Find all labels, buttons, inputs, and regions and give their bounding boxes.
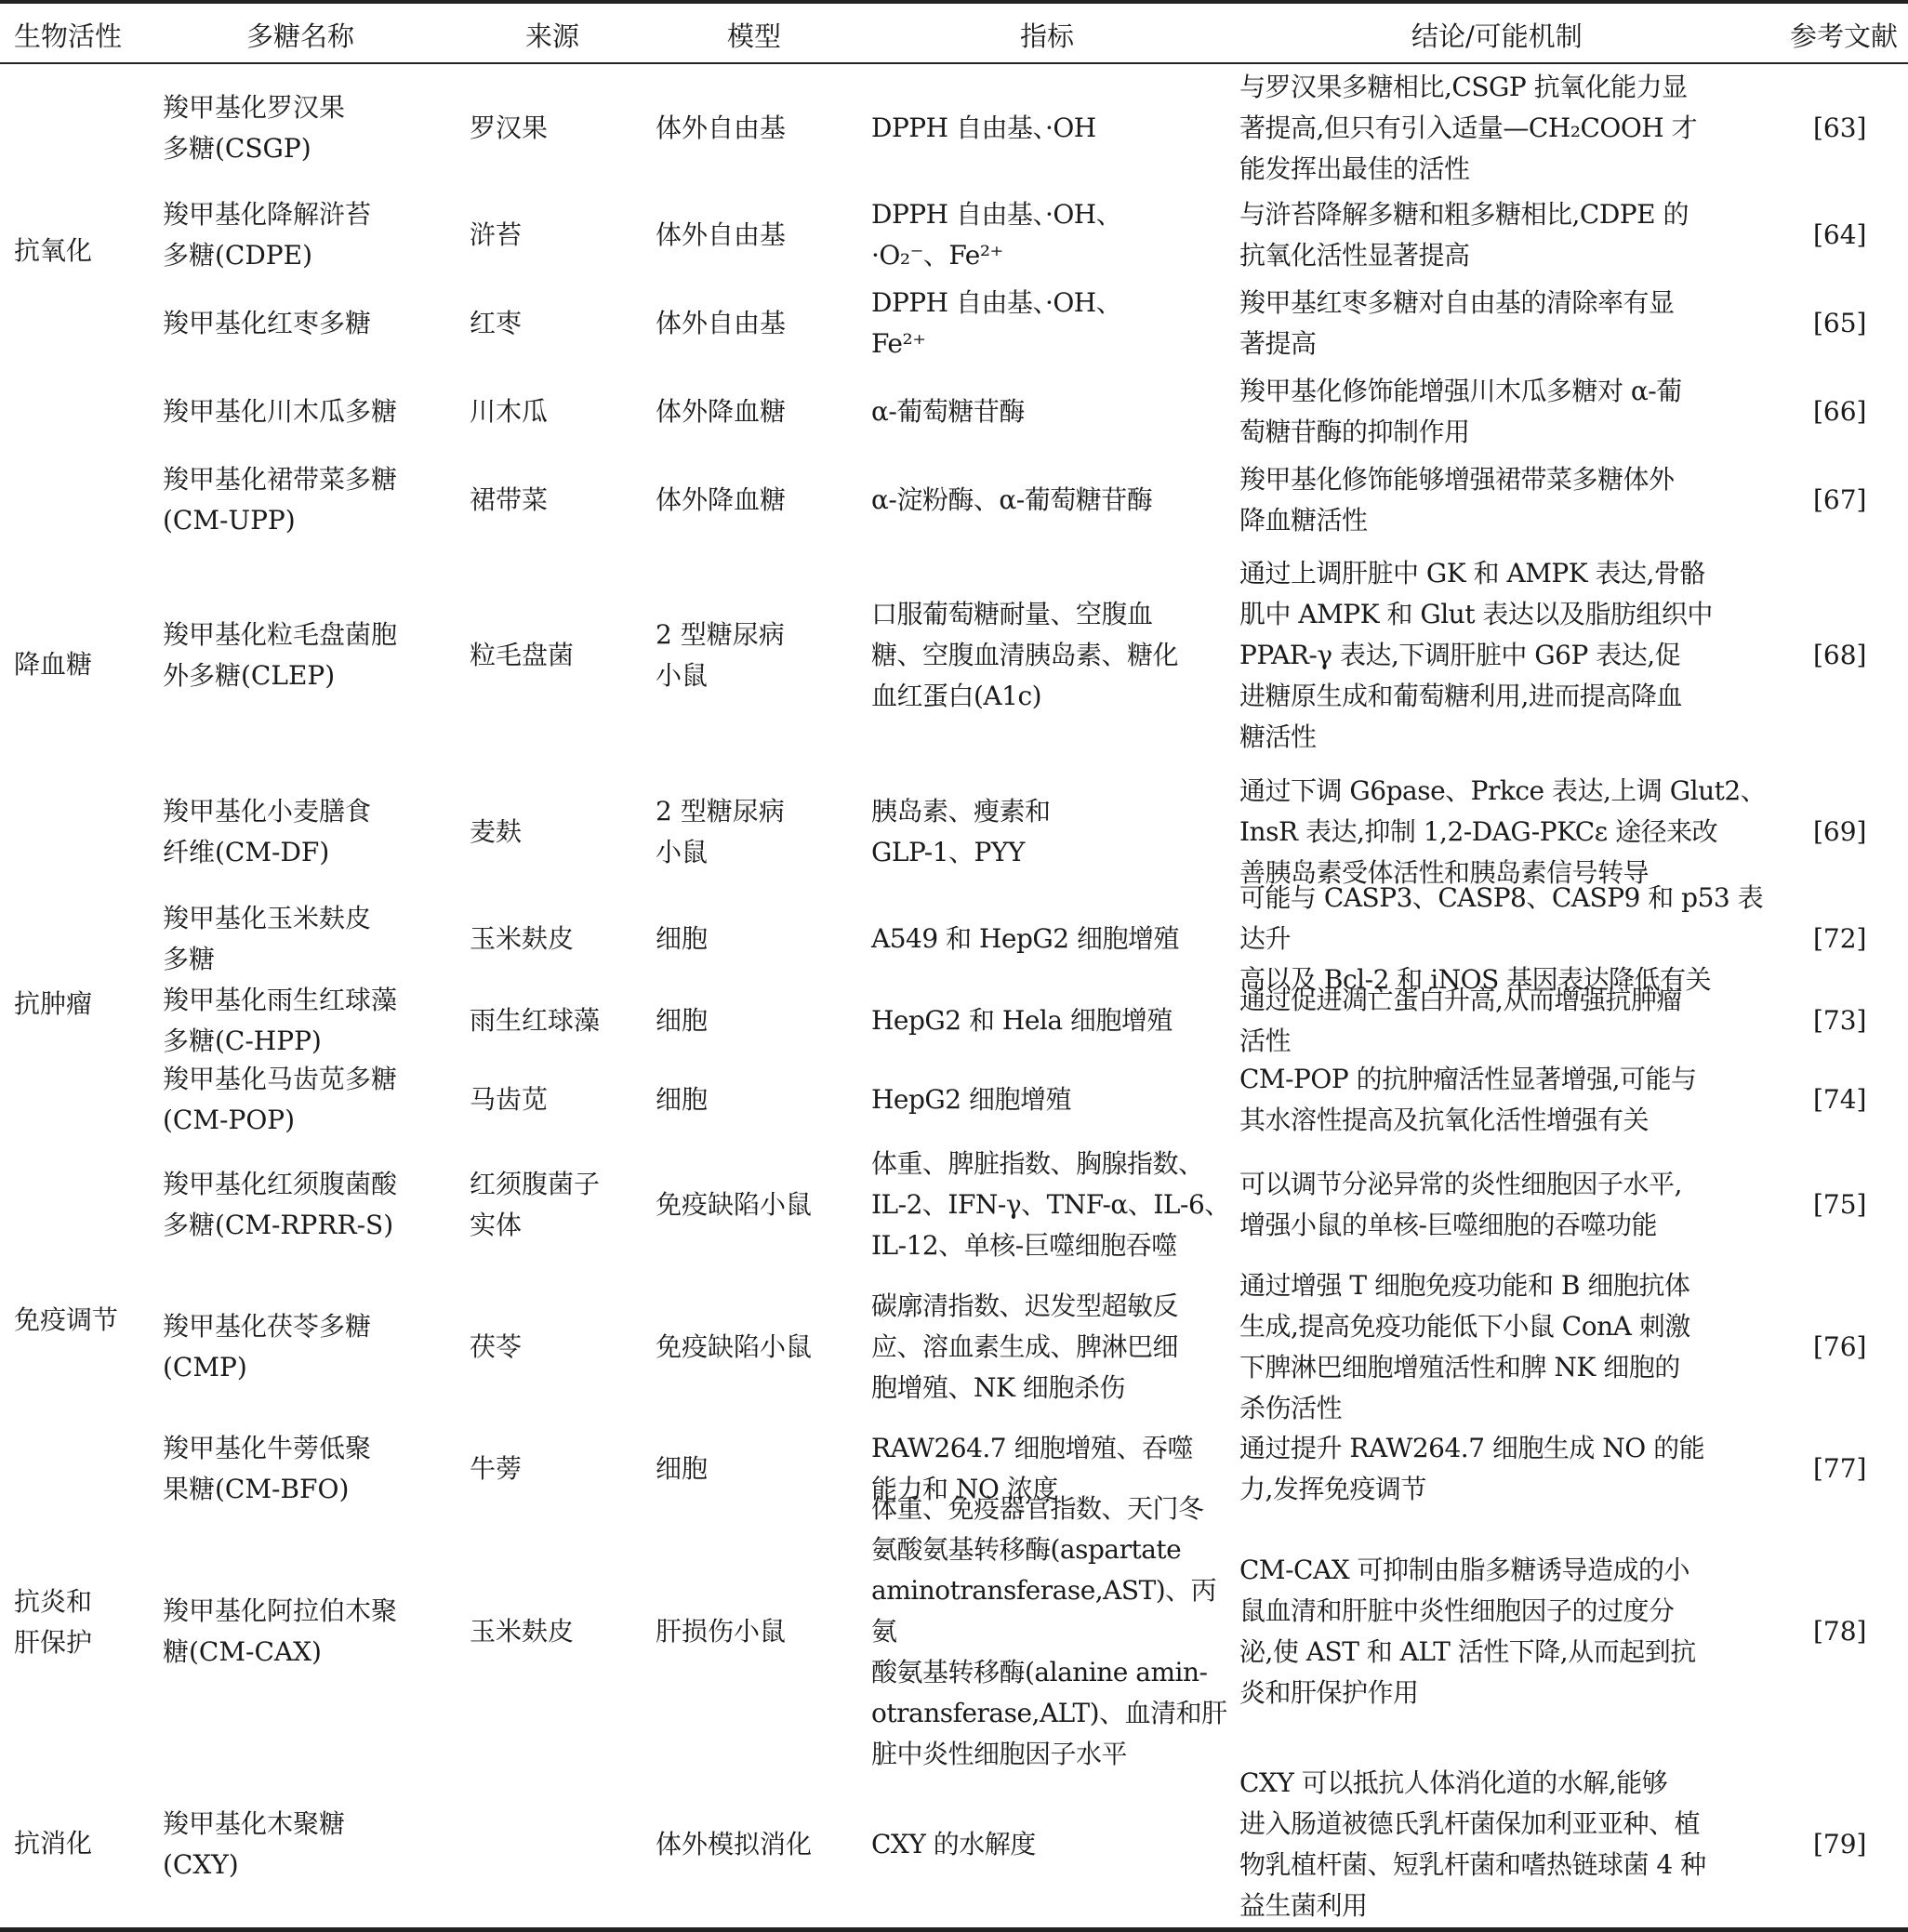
source-cell: 玉米麸皮: [470, 897, 646, 981]
indicator-cell: 口服葡萄糖耐量、空腹血 糖、空腹血清胰岛素、糖化 血红蛋白(A1c): [871, 549, 1234, 762]
polysaccharide-name-cell: 羧甲基化红枣多糖: [163, 279, 460, 367]
model-cell-text: 体外降血糖: [656, 391, 786, 432]
model-cell-text: 细胞: [656, 1449, 708, 1489]
model-cell-text: 2 型糖尿病 小鼠: [656, 791, 785, 873]
reference-cell-text: [77]: [1813, 1449, 1866, 1489]
conclusion-cell: CXY 可以抵抗人体消化道的水解,能够 进入肠道被德氏乳杆菌保加利亚亚种、植 物…: [1239, 1762, 1783, 1927]
conclusion-cell-text: CM-CAX 可抑制由脂多糖诱导造成的小 鼠血清和肝脏中炎性细胞因子的过度分 泌…: [1239, 1550, 1696, 1714]
reference-cell: [75]: [1813, 1142, 1888, 1267]
polysaccharide-name-cell-text: 羧甲基化罗汉果 多糖(CSGP): [163, 87, 345, 169]
polysaccharide-name-cell-text: 羧甲基化雨生红球藻 多糖(C-HPP): [163, 980, 397, 1062]
source-cell-text: 粒毛盘菌: [470, 635, 574, 676]
polysaccharide-name-cell: 羧甲基化木聚糖 (CXY): [163, 1762, 460, 1927]
indicator-cell-text: 体重、免疫器官指数、天门冬 氨酸氨基转移酶(aspartate aminotra…: [871, 1489, 1234, 1775]
indicator-cell: DPPH 自由基、·OH、 ·O₂⁻、Fe²⁺: [871, 191, 1234, 279]
conclusion-cell: 可能与 CASP3、CASP8、CASP9 和 p53 表达升 高以及 Bcl-…: [1239, 897, 1783, 981]
polysaccharide-name-cell: 羧甲基化玉米麸皮 多糖: [163, 897, 460, 981]
polysaccharide-name-cell-text: 羧甲基化牛蒡低聚 果糖(CM-BFO): [163, 1428, 371, 1510]
conclusion-cell-text: 通过提升 RAW264.7 细胞生成 NO 的能 力,发挥免疫调节: [1239, 1428, 1704, 1510]
reference-cell: [77]: [1813, 1427, 1888, 1511]
model-cell: 体外模拟消化: [656, 1762, 865, 1927]
polysaccharide-name-cell-text: 羧甲基化小麦膳食 纤维(CM-DF): [163, 791, 371, 873]
model-cell: 体外降血糖: [656, 367, 865, 456]
reference-cell-text: [78]: [1813, 1611, 1866, 1652]
reference-cell: [65]: [1813, 279, 1888, 367]
indicator-cell-text: α-淀粉酶、α-葡萄糖苷酶: [871, 480, 1152, 521]
reference-cell-text: [69]: [1813, 812, 1866, 853]
polysaccharide-name-cell-text: 羧甲基化木聚糖 (CXY): [163, 1804, 345, 1886]
indicator-cell: CXY 的水解度: [871, 1762, 1234, 1927]
conclusion-cell-text: CM-POP 的抗肿瘤活性显著增强,可能与 其水溶性提高及抗氧化活性增强有关: [1239, 1059, 1697, 1141]
conclusion-cell-text: 可以调节分泌异常的炎性细胞因子水平, 增强小鼠的单核-巨噬细胞的吞噬功能: [1239, 1164, 1682, 1246]
indicator-cell-text: HepG2 和 Hela 细胞增殖: [871, 1000, 1173, 1041]
source-cell-text: 浒苔: [470, 215, 522, 256]
header-activity: 生物活性: [14, 7, 122, 61]
polysaccharide-name-cell-text: 羧甲基化红须腹菌酸 多糖(CM-RPRR-S): [163, 1164, 397, 1246]
polysaccharide-name-cell-text: 羧甲基化降解浒苔 多糖(CDPE): [163, 194, 371, 276]
reference-cell: [73]: [1813, 981, 1888, 1060]
model-cell-text: 免疫缺陷小鼠: [656, 1327, 812, 1368]
polysaccharide-name-cell: 羧甲基化牛蒡低聚 果糖(CM-BFO): [163, 1427, 460, 1511]
table-row: 羧甲基化阿拉伯木聚 糖(CM-CAX)玉米麸皮肝损伤小鼠体重、免疫器官指数、天门…: [0, 1511, 1908, 1753]
indicator-cell-text: α-葡萄糖苷酶: [871, 391, 1025, 432]
header-model: 模型: [727, 7, 781, 61]
source-cell-text: 玉米麸皮: [470, 1611, 574, 1652]
reference-cell: [72]: [1813, 897, 1888, 981]
polysaccharide-name-cell: 羧甲基化川木瓜多糖: [163, 367, 460, 456]
table-row: 羧甲基化红枣多糖红枣体外自由基DPPH 自由基、·OH、 Fe²⁺羧甲基红枣多糖…: [0, 279, 1908, 367]
model-cell-text: 细胞: [656, 1079, 708, 1120]
polysaccharide-name-cell-text: 羧甲基化红枣多糖: [163, 303, 371, 344]
model-cell-text: 肝损伤小鼠: [656, 1611, 786, 1652]
table-row: 羧甲基化裙带菜多糖 (CM-UPP)裙带菜体外降血糖α-淀粉酶、α-葡萄糖苷酶羧…: [0, 456, 1908, 544]
source-cell-text: 川木瓜: [470, 391, 548, 432]
polysaccharide-name-cell: 羧甲基化马齿苋多糖 (CM-POP): [163, 1060, 460, 1139]
polysaccharide-name-cell: 羧甲基化罗汉果 多糖(CSGP): [163, 65, 460, 191]
conclusion-cell: 通过增强 T 细胞免疫功能和 B 细胞抗体 生成,提高免疫功能低下小鼠 ConA…: [1239, 1267, 1783, 1427]
source-cell-text: 裙带菜: [470, 480, 548, 521]
polysaccharide-name-cell: 羧甲基化粒毛盘菌胞 外多糖(CLEP): [163, 549, 460, 762]
polysaccharide-name-cell: 羧甲基化雨生红球藻 多糖(C-HPP): [163, 981, 460, 1060]
indicator-cell: 碳廓清指数、迟发型超敏反 应、溶血素生成、脾淋巴细 胞增殖、NK 细胞杀伤: [871, 1267, 1234, 1427]
reference-cell: [63]: [1813, 65, 1888, 191]
header-name: 多糖名称: [246, 7, 354, 61]
source-cell: 马齿苋: [470, 1060, 646, 1139]
model-cell: 体外降血糖: [656, 456, 865, 544]
source-cell: 茯苓: [470, 1267, 646, 1427]
polysaccharide-name-cell-text: 羧甲基化川木瓜多糖: [163, 391, 397, 432]
conclusion-cell-text: 通过增强 T 细胞免疫功能和 B 细胞抗体 生成,提高免疫功能低下小鼠 ConA…: [1239, 1265, 1690, 1429]
model-cell: 细胞: [656, 1060, 865, 1139]
conclusion-cell: 通过促进凋亡蛋白升高,从而增强抗肿瘤 活性: [1239, 981, 1783, 1060]
table-top-rule: [0, 0, 1908, 4]
source-cell-text: 麦麸: [470, 812, 522, 853]
indicator-cell: DPPH 自由基、·OH、 Fe²⁺: [871, 279, 1234, 367]
table-row: 羧甲基化红须腹菌酸 多糖(CM-RPRR-S)红须腹菌子 实体免疫缺陷小鼠体重、…: [0, 1142, 1908, 1267]
source-cell-text: 红枣: [470, 303, 522, 344]
table-row: 羧甲基化粒毛盘菌胞 外多糖(CLEP)粒毛盘菌2 型糖尿病 小鼠口服葡萄糖耐量、…: [0, 549, 1908, 762]
indicator-cell: HepG2 细胞增殖: [871, 1060, 1234, 1139]
header-indicator: 指标: [1020, 7, 1074, 61]
source-cell: 牛蒡: [470, 1427, 646, 1511]
indicator-cell: 胰岛素、瘦素和 GLP-1、PYY: [871, 776, 1234, 888]
model-cell: 2 型糖尿病 小鼠: [656, 776, 865, 888]
model-cell: 体外自由基: [656, 65, 865, 191]
source-cell: 川木瓜: [470, 367, 646, 456]
conclusion-cell-text: 通过上调肝脏中 GK 和 AMPK 表达,骨骼 肌中 AMPK 和 Glut 表…: [1239, 553, 1713, 758]
reference-cell-text: [68]: [1813, 635, 1866, 676]
source-cell-text: 牛蒡: [470, 1449, 522, 1489]
reference-cell-text: [73]: [1813, 1000, 1866, 1041]
header-source: 来源: [525, 7, 579, 61]
table-row: 羧甲基化罗汉果 多糖(CSGP)罗汉果体外自由基DPPH 自由基、·OH与罗汉果…: [0, 65, 1908, 191]
model-cell: 细胞: [656, 1427, 865, 1511]
polysaccharide-name-cell: 羧甲基化降解浒苔 多糖(CDPE): [163, 191, 460, 279]
conclusion-cell-text: CXY 可以抵抗人体消化道的水解,能够 进入肠道被德氏乳杆菌保加利亚亚种、植 物…: [1239, 1763, 1706, 1926]
source-cell: 罗汉果: [470, 65, 646, 191]
reference-cell-text: [79]: [1813, 1824, 1866, 1865]
conclusion-cell: 羧甲基化修饰能够增强裙带菜多糖体外 降血糖活性: [1239, 456, 1783, 544]
reference-cell: [69]: [1813, 776, 1888, 888]
indicator-cell: DPPH 自由基、·OH: [871, 65, 1234, 191]
source-cell: 玉米麸皮: [470, 1511, 646, 1753]
table-row: 羧甲基化降解浒苔 多糖(CDPE)浒苔体外自由基DPPH 自由基、·OH、 ·O…: [0, 191, 1908, 279]
indicator-cell-text: HepG2 细胞增殖: [871, 1079, 1071, 1120]
conclusion-cell-text: 羧甲基红枣多糖对自由基的清除率有显 著提高: [1239, 283, 1675, 364]
polysaccharide-name-cell-text: 羧甲基化茯苓多糖 (CMP): [163, 1306, 371, 1388]
table-row: 羧甲基化茯苓多糖 (CMP)茯苓免疫缺陷小鼠碳廓清指数、迟发型超敏反 应、溶血素…: [0, 1267, 1908, 1427]
model-cell: 细胞: [656, 981, 865, 1060]
conclusion-cell: CM-CAX 可抑制由脂多糖诱导造成的小 鼠血清和肝脏中炎性细胞因子的过度分 泌…: [1239, 1511, 1783, 1753]
model-cell: 免疫缺陷小鼠: [656, 1142, 865, 1267]
polysaccharide-name-cell: 羧甲基化红须腹菌酸 多糖(CM-RPRR-S): [163, 1142, 460, 1267]
reference-cell: [68]: [1813, 549, 1888, 762]
source-cell-text: 马齿苋: [470, 1079, 548, 1120]
model-cell-text: 体外自由基: [656, 108, 786, 149]
reference-cell: [66]: [1813, 367, 1888, 456]
table-row: 羧甲基化马齿苋多糖 (CM-POP)马齿苋细胞HepG2 细胞增殖CM-POP …: [0, 1060, 1908, 1139]
indicator-cell-text: 体重、脾脏指数、胸腺指数、 IL-2、IFN-γ、TNF-α、IL-6、 IL-…: [871, 1144, 1230, 1266]
indicator-cell-text: CXY 的水解度: [871, 1824, 1036, 1865]
indicator-cell: α-葡萄糖苷酶: [871, 367, 1234, 456]
model-cell-text: 体外自由基: [656, 303, 786, 344]
header-reference: 参考文献: [1790, 7, 1898, 61]
polysaccharide-name-cell-text: 羧甲基化阿拉伯木聚 糖(CM-CAX): [163, 1591, 397, 1673]
model-cell-text: 2 型糖尿病 小鼠: [656, 615, 785, 696]
polysaccharide-name-cell: 羧甲基化小麦膳食 纤维(CM-DF): [163, 776, 460, 888]
model-cell-text: 体外降血糖: [656, 480, 786, 521]
table-row: 羧甲基化玉米麸皮 多糖玉米麸皮细胞A549 和 HepG2 细胞增殖可能与 CA…: [0, 897, 1908, 981]
reference-cell-text: [66]: [1813, 391, 1866, 432]
reference-cell: [76]: [1813, 1267, 1888, 1427]
polysaccharide-name-cell-text: 羧甲基化马齿苋多糖 (CM-POP): [163, 1059, 397, 1141]
model-cell: 肝损伤小鼠: [656, 1511, 865, 1753]
indicator-cell-text: 口服葡萄糖耐量、空腹血 糖、空腹血清胰岛素、糖化 血红蛋白(A1c): [871, 594, 1178, 717]
model-cell: 体外自由基: [656, 191, 865, 279]
table-row: 羧甲基化雨生红球藻 多糖(C-HPP)雨生红球藻细胞HepG2 和 Hela 细…: [0, 981, 1908, 1060]
indicator-cell: 体重、免疫器官指数、天门冬 氨酸氨基转移酶(aspartate aminotra…: [871, 1511, 1234, 1753]
conclusion-cell-text: 通过促进凋亡蛋白升高,从而增强抗肿瘤 活性: [1239, 980, 1682, 1062]
model-cell: 2 型糖尿病 小鼠: [656, 549, 865, 762]
source-cell: 雨生红球藻: [470, 981, 646, 1060]
conclusion-cell-text: 与浒苔降解多糖和粗多糖相比,CDPE 的 抗氧化活性显著提高: [1239, 194, 1689, 276]
source-cell: 粒毛盘菌: [470, 549, 646, 762]
source-cell-text: 玉米麸皮: [470, 919, 574, 959]
table-row: 羧甲基化小麦膳食 纤维(CM-DF)麦麸2 型糖尿病 小鼠胰岛素、瘦素和 GLP…: [0, 776, 1908, 888]
conclusion-cell: CM-POP 的抗肿瘤活性显著增强,可能与 其水溶性提高及抗氧化活性增强有关: [1239, 1060, 1783, 1139]
source-cell: 裙带菜: [470, 456, 646, 544]
reference-cell: [79]: [1813, 1762, 1888, 1927]
conclusion-cell-text: 羧甲基化修饰能增强川木瓜多糖对 α-葡 萄糖苷酶的抑制作用: [1239, 371, 1682, 453]
indicator-cell-text: DPPH 自由基、·OH、 ·O₂⁻、Fe²⁺: [871, 194, 1121, 276]
polysaccharide-name-cell: 羧甲基化裙带菜多糖 (CM-UPP): [163, 456, 460, 544]
model-cell-text: 细胞: [656, 1000, 708, 1041]
reference-cell: [78]: [1813, 1511, 1888, 1753]
conclusion-cell: 羧甲基化修饰能增强川木瓜多糖对 α-葡 萄糖苷酶的抑制作用: [1239, 367, 1783, 456]
source-cell-text: 红须腹菌子 实体: [470, 1164, 600, 1246]
conclusion-cell: 与罗汉果多糖相比,CSGP 抗氧化能力显 著提高,但只有引入适量—CH₂COOH…: [1239, 65, 1783, 191]
model-cell-text: 细胞: [656, 919, 708, 959]
source-cell: 红枣: [470, 279, 646, 367]
source-cell-text: 雨生红球藻: [470, 1000, 600, 1041]
conclusion-cell: 通过提升 RAW264.7 细胞生成 NO 的能 力,发挥免疫调节: [1239, 1427, 1783, 1511]
reference-cell-text: [67]: [1813, 480, 1866, 521]
reference-cell: [67]: [1813, 456, 1888, 544]
polysaccharide-name-cell: 羧甲基化阿拉伯木聚 糖(CM-CAX): [163, 1511, 460, 1753]
model-cell-text: 免疫缺陷小鼠: [656, 1184, 812, 1225]
reference-cell-text: [75]: [1813, 1184, 1866, 1225]
source-cell: 麦麸: [470, 776, 646, 888]
conclusion-cell-text: 羧甲基化修饰能够增强裙带菜多糖体外 降血糖活性: [1239, 459, 1675, 541]
model-cell-text: 体外模拟消化: [656, 1824, 812, 1865]
indicator-cell-text: DPPH 自由基、·OH、 Fe²⁺: [871, 283, 1121, 364]
reference-cell-text: [63]: [1813, 108, 1866, 149]
header-rule: [0, 62, 1908, 64]
conclusion-cell: 通过上调肝脏中 GK 和 AMPK 表达,骨骼 肌中 AMPK 和 Glut 表…: [1239, 549, 1783, 762]
source-cell-text: 罗汉果: [470, 108, 548, 149]
conclusion-cell: 通过下调 G6pase、Prkce 表达,上调 Glut2、 InsR 表达,抑…: [1239, 776, 1783, 888]
polysaccharide-name-cell: 羧甲基化茯苓多糖 (CMP): [163, 1267, 460, 1427]
reference-cell-text: [76]: [1813, 1327, 1866, 1368]
table-bottom-rule: [0, 1927, 1908, 1932]
model-cell: 体外自由基: [656, 279, 865, 367]
reference-cell: [74]: [1813, 1060, 1888, 1139]
model-cell: 细胞: [656, 897, 865, 981]
header-conclusion: 结论/可能机制: [1411, 7, 1583, 61]
indicator-cell-text: DPPH 自由基、·OH: [871, 108, 1096, 149]
reference-cell-text: [72]: [1813, 919, 1866, 959]
conclusion-cell: 可以调节分泌异常的炎性细胞因子水平, 增强小鼠的单核-巨噬细胞的吞噬功能: [1239, 1142, 1783, 1267]
indicator-cell: 体重、脾脏指数、胸腺指数、 IL-2、IFN-γ、TNF-α、IL-6、 IL-…: [871, 1142, 1234, 1267]
table-row: 羧甲基化川木瓜多糖川木瓜体外降血糖α-葡萄糖苷酶羧甲基化修饰能增强川木瓜多糖对 …: [0, 367, 1908, 456]
conclusion-cell-text: 通过下调 G6pase、Prkce 表达,上调 Glut2、 InsR 表达,抑…: [1239, 771, 1766, 893]
model-cell: 免疫缺陷小鼠: [656, 1267, 865, 1427]
indicator-cell: HepG2 和 Hela 细胞增殖: [871, 981, 1234, 1060]
indicator-cell: A549 和 HepG2 细胞增殖: [871, 897, 1234, 981]
table-row: 羧甲基化木聚糖 (CXY)体外模拟消化CXY 的水解度CXY 可以抵抗人体消化道…: [0, 1762, 1908, 1927]
source-cell: 红须腹菌子 实体: [470, 1142, 646, 1267]
source-cell: 浒苔: [470, 191, 646, 279]
indicator-cell-text: A549 和 HepG2 细胞增殖: [871, 919, 1179, 959]
reference-cell-text: [74]: [1813, 1079, 1866, 1120]
polysaccharide-name-cell-text: 羧甲基化粒毛盘菌胞 外多糖(CLEP): [163, 615, 397, 696]
conclusion-cell-text: 与罗汉果多糖相比,CSGP 抗氧化能力显 著提高,但只有引入适量—CH₂COOH…: [1239, 67, 1697, 190]
conclusion-cell: 与浒苔降解多糖和粗多糖相比,CDPE 的 抗氧化活性显著提高: [1239, 191, 1783, 279]
polysaccharide-name-cell-text: 羧甲基化裙带菜多糖 (CM-UPP): [163, 459, 397, 541]
indicator-cell-text: 碳廓清指数、迟发型超敏反 应、溶血素生成、脾淋巴细 胞增殖、NK 细胞杀伤: [871, 1286, 1178, 1409]
indicator-cell: α-淀粉酶、α-葡萄糖苷酶: [871, 456, 1234, 544]
polysaccharide-name-cell-text: 羧甲基化玉米麸皮 多糖: [163, 898, 371, 980]
model-cell-text: 体外自由基: [656, 215, 786, 256]
reference-cell-text: [65]: [1813, 303, 1866, 344]
reference-cell-text: [64]: [1813, 215, 1866, 256]
indicator-cell-text: 胰岛素、瘦素和 GLP-1、PYY: [871, 791, 1051, 873]
conclusion-cell: 羧甲基红枣多糖对自由基的清除率有显 著提高: [1239, 279, 1783, 367]
reference-cell: [64]: [1813, 191, 1888, 279]
source-cell: [470, 1762, 646, 1927]
source-cell-text: 茯苓: [470, 1327, 522, 1368]
